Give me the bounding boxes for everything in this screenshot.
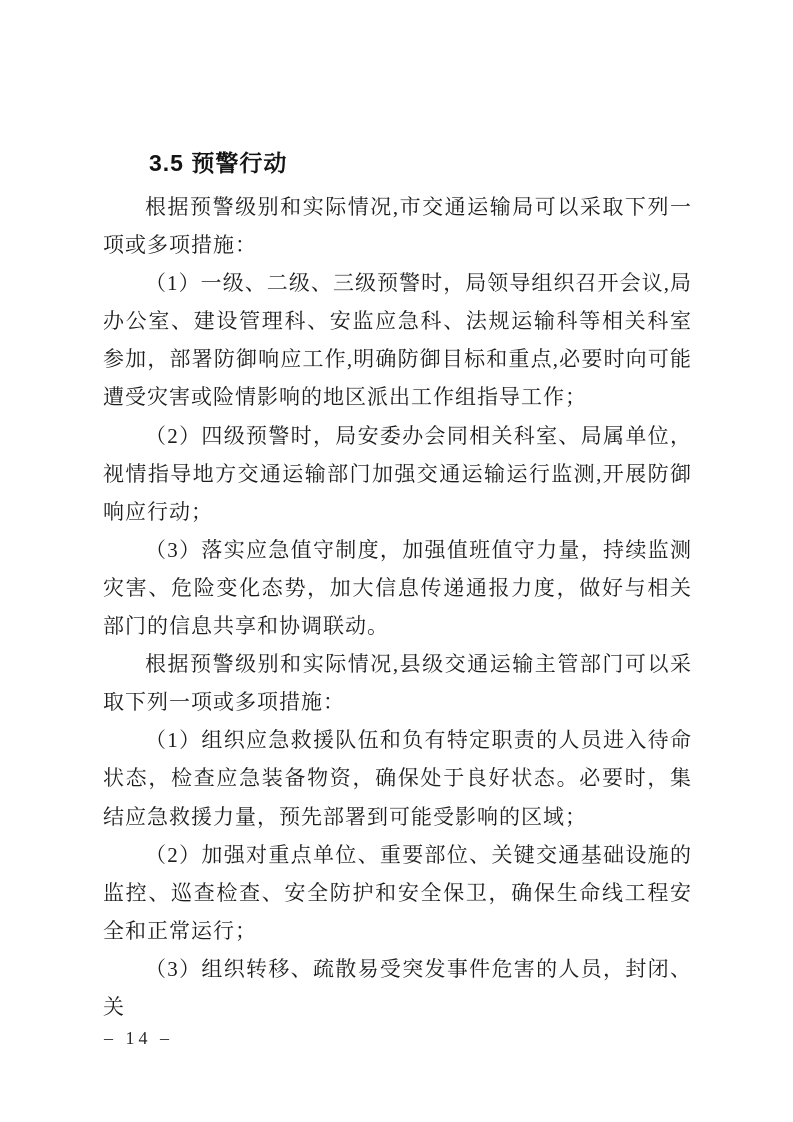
page-number: – 14 – — [104, 1028, 173, 1049]
paragraph: 根据预警级别和实际情况,市交通运输局可以采取下列一项或多项措施： — [103, 188, 692, 264]
document-page: 3.5 预警行动 根据预警级别和实际情况,市交通运输局可以采取下列一项或多项措施… — [0, 0, 793, 1122]
paragraph: （2）四级预警时，局安委办会同相关科室、局属单位，视情指导地方交通运输部门加强交… — [103, 417, 692, 531]
paragraph: （1）一级、二级、三级预警时，局领导组织召开会议,局办公室、建设管理科、安监应急… — [103, 264, 692, 416]
paragraph: （2）加强对重点单位、重要部位、关键交通基础设施的监控、巡查检查、安全防护和安全… — [103, 836, 692, 950]
document-body: 3.5 预警行动 根据预警级别和实际情况,市交通运输局可以采取下列一项或多项措施… — [103, 143, 692, 1026]
paragraph: （3）落实应急值守制度，加强值班值守力量，持续监测灾害、危险变化态势，加大信息传… — [103, 531, 692, 645]
section-heading: 3.5 预警行动 — [103, 143, 692, 183]
paragraph: （1）组织应急救援队伍和负有特定职责的人员进入待命状态，检查应急装备物资，确保处… — [103, 721, 692, 835]
paragraph: 根据预警级别和实际情况,县级交通运输主管部门可以采取下列一项或多项措施： — [103, 645, 692, 721]
paragraph: （3）组织转移、疏散易受突发事件危害的人员，封闭、关 — [103, 950, 692, 1026]
